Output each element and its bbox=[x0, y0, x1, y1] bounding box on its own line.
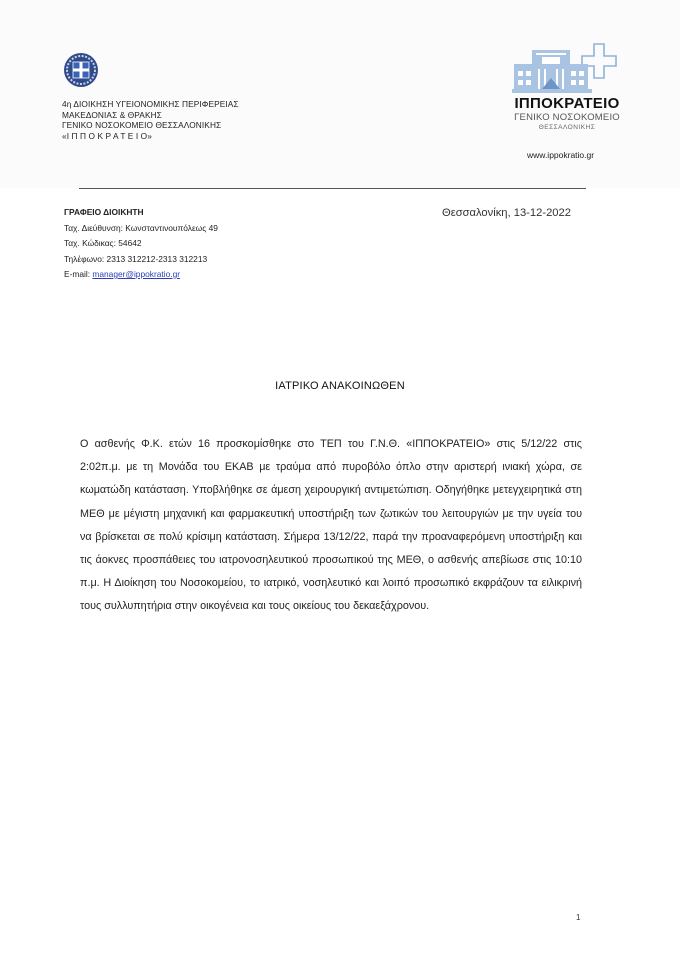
office-email-row: E-mail: manager@ippokratio.gr bbox=[64, 267, 218, 283]
office-address: Ταχ. Διεύθυνση: Κωνσταντινουπόλεως 49 bbox=[64, 221, 218, 237]
authority-line: ΓΕΝΙΚΟ ΝΟΣΟΚΟΜΕΙΟ ΘΕΣΣΑΛΟΝΙΚΗΣ bbox=[62, 120, 239, 131]
authority-line: «Ι Π Π Ο Κ Ρ Α Τ Ε Ι Ο» bbox=[62, 131, 239, 142]
greek-emblem-icon bbox=[63, 52, 99, 88]
brand-name: ΙΠΠΟΚΡΑΤΕΙΟ bbox=[497, 96, 637, 112]
hospital-building-logo-icon bbox=[512, 42, 620, 96]
authority-line: 4η ΔΙΟΙΚΗΣΗ ΥΓΕΙΟΝΟΜΙΚΗΣ ΠΕΡΙΦΕΡΕΙΑΣ bbox=[62, 99, 239, 110]
email-label: E-mail: bbox=[64, 269, 92, 279]
authority-line: ΜΑΚΕΔΟΝΙΑΣ & ΘΡΑΚΗΣ bbox=[62, 110, 239, 121]
page-number: 1 bbox=[576, 913, 580, 922]
document-title: ΙΑΤΡΙΚΟ ΑΝΑΚΟΙΝΩΘΕΝ bbox=[0, 380, 680, 392]
document-date: Θεσσαλονίκη, 13-12-2022 bbox=[442, 207, 571, 219]
brand-city: ΘΕΣΣΑΛΟΝΙΚΗΣ bbox=[497, 123, 637, 132]
authority-block: 4η ΔΙΟΙΚΗΣΗ ΥΓΕΙΟΝΟΜΙΚΗΣ ΠΕΡΙΦΕΡΕΙΑΣ ΜΑΚ… bbox=[62, 99, 239, 141]
hospital-brand: ΙΠΠΟΚΡΑΤΕΙΟ ΓΕΝΙΚΟ ΝΟΣΟΚΟΜΕΙΟ ΘΕΣΣΑΛΟΝΙΚ… bbox=[497, 96, 637, 132]
office-contact-block: ΓΡΑΦΕΙΟ ΔΙΟΙΚΗΤΗ Ταχ. Διεύθυνση: Κωνσταν… bbox=[64, 205, 218, 283]
office-title: ΓΡΑΦΕΙΟ ΔΙΟΙΚΗΤΗ bbox=[64, 205, 218, 221]
email-link[interactable]: manager@ippokratio.gr bbox=[92, 269, 180, 279]
office-phone: Τηλέφωνο: 2313 312212-2313 312213 bbox=[64, 252, 218, 268]
website-text: www.ippokratio.gr bbox=[527, 150, 594, 160]
office-postal-code: Ταχ. Κώδικας: 54642 bbox=[64, 236, 218, 252]
brand-subtitle: ΓΕΝΙΚΟ ΝΟΣΟΚΟΜΕΙΟ bbox=[497, 112, 637, 123]
header-divider bbox=[79, 188, 586, 189]
document-body: Ο ασθενής Φ.Κ. ετών 16 προσκομίσθηκε στο… bbox=[80, 433, 582, 619]
